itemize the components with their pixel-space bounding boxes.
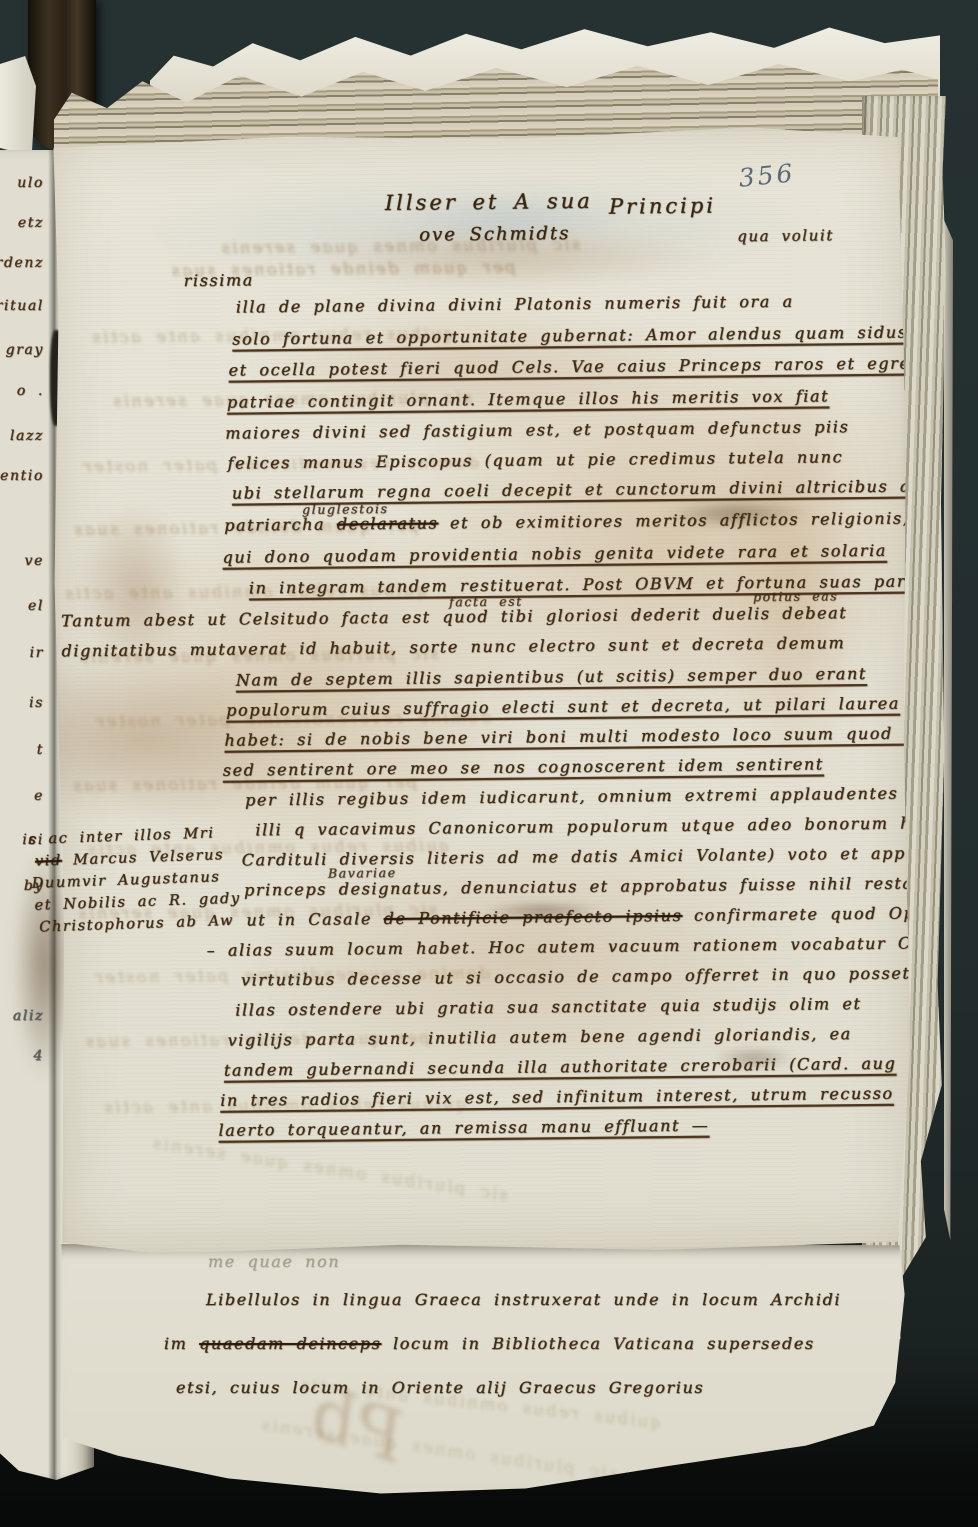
underlying-page-line: etsi, cuius locum in Oriente alij Graecu… (176, 1378, 704, 1397)
underlying-page-line: im quaedam deinceps locum in Bibliotheca… (164, 1334, 815, 1353)
facing-page-fragment: el (28, 598, 44, 614)
facing-page-fragment: rdenz (0, 255, 44, 271)
line-text: locum in Bibliotheca Vaticana supersedes (381, 1334, 814, 1353)
interline-note: Bavariae (328, 865, 397, 881)
facing-page-fragment: is (29, 695, 44, 711)
facing-page-fragment: e (34, 788, 44, 804)
facing-page-fragment: spiritual (0, 298, 44, 314)
facing-page-fragment: ulo (17, 175, 44, 191)
facing-page-fragment: etz (18, 215, 44, 231)
struck-text: quaedam deinceps (199, 1334, 381, 1353)
interline-notes: gluglestoisfacta estpotius easBavariae (48, 124, 916, 1259)
top-left-page-edge (0, 56, 36, 156)
margin-note-line: Duumvir Augustanus (32, 869, 221, 892)
facing-page-fragment: o . (17, 383, 44, 399)
underlying-page-line: me quae non (208, 1252, 340, 1271)
facing-page-fragment: aliz (13, 1008, 44, 1024)
manuscript-photo: uloetzrdenzspiritualez grayo ., lazzenti… (0, 0, 978, 1527)
margin-note-line: vid Marcus Velserus (35, 847, 225, 870)
interline-note: gluglestois (302, 501, 389, 517)
interline-note: facta est (449, 594, 523, 610)
facing-page-fragment: ir (30, 645, 44, 661)
facing-page-fragment: ez gray (0, 342, 44, 358)
struck-text: vid (35, 853, 62, 870)
facing-page-fragment: 4 (33, 1048, 44, 1064)
underlying-page-line: Libellulos in lingua Graeca instruxerat … (206, 1290, 841, 1309)
margin-note-line: et Nobilis ac R. gady (34, 890, 241, 913)
line-text: Marcus Velserus (62, 847, 225, 869)
margin-note: s ac inter illos Mrivid Marcus VelserusD… (28, 824, 252, 952)
margin-note-line: Christophorus ab Aw (39, 913, 234, 936)
line-text: im (164, 1334, 199, 1353)
facing-page-fragment: , lazz (0, 428, 44, 444)
underlying-page: quibus rebus omnibus ante actissic pluri… (58, 1244, 908, 1496)
outer-sheet-edge (944, 220, 953, 1240)
underlying-page-text: me quae nonLibellulos in lingua Graeca i… (58, 1244, 908, 1496)
interline-note: potius eas (753, 588, 838, 604)
manuscript-page: sic pluribus omnes quae serenisper quam … (48, 124, 916, 1259)
facing-page-fragment: ve (25, 553, 44, 569)
facing-page-fragment: t (37, 742, 44, 758)
facing-page-fragment: entio (0, 468, 44, 484)
